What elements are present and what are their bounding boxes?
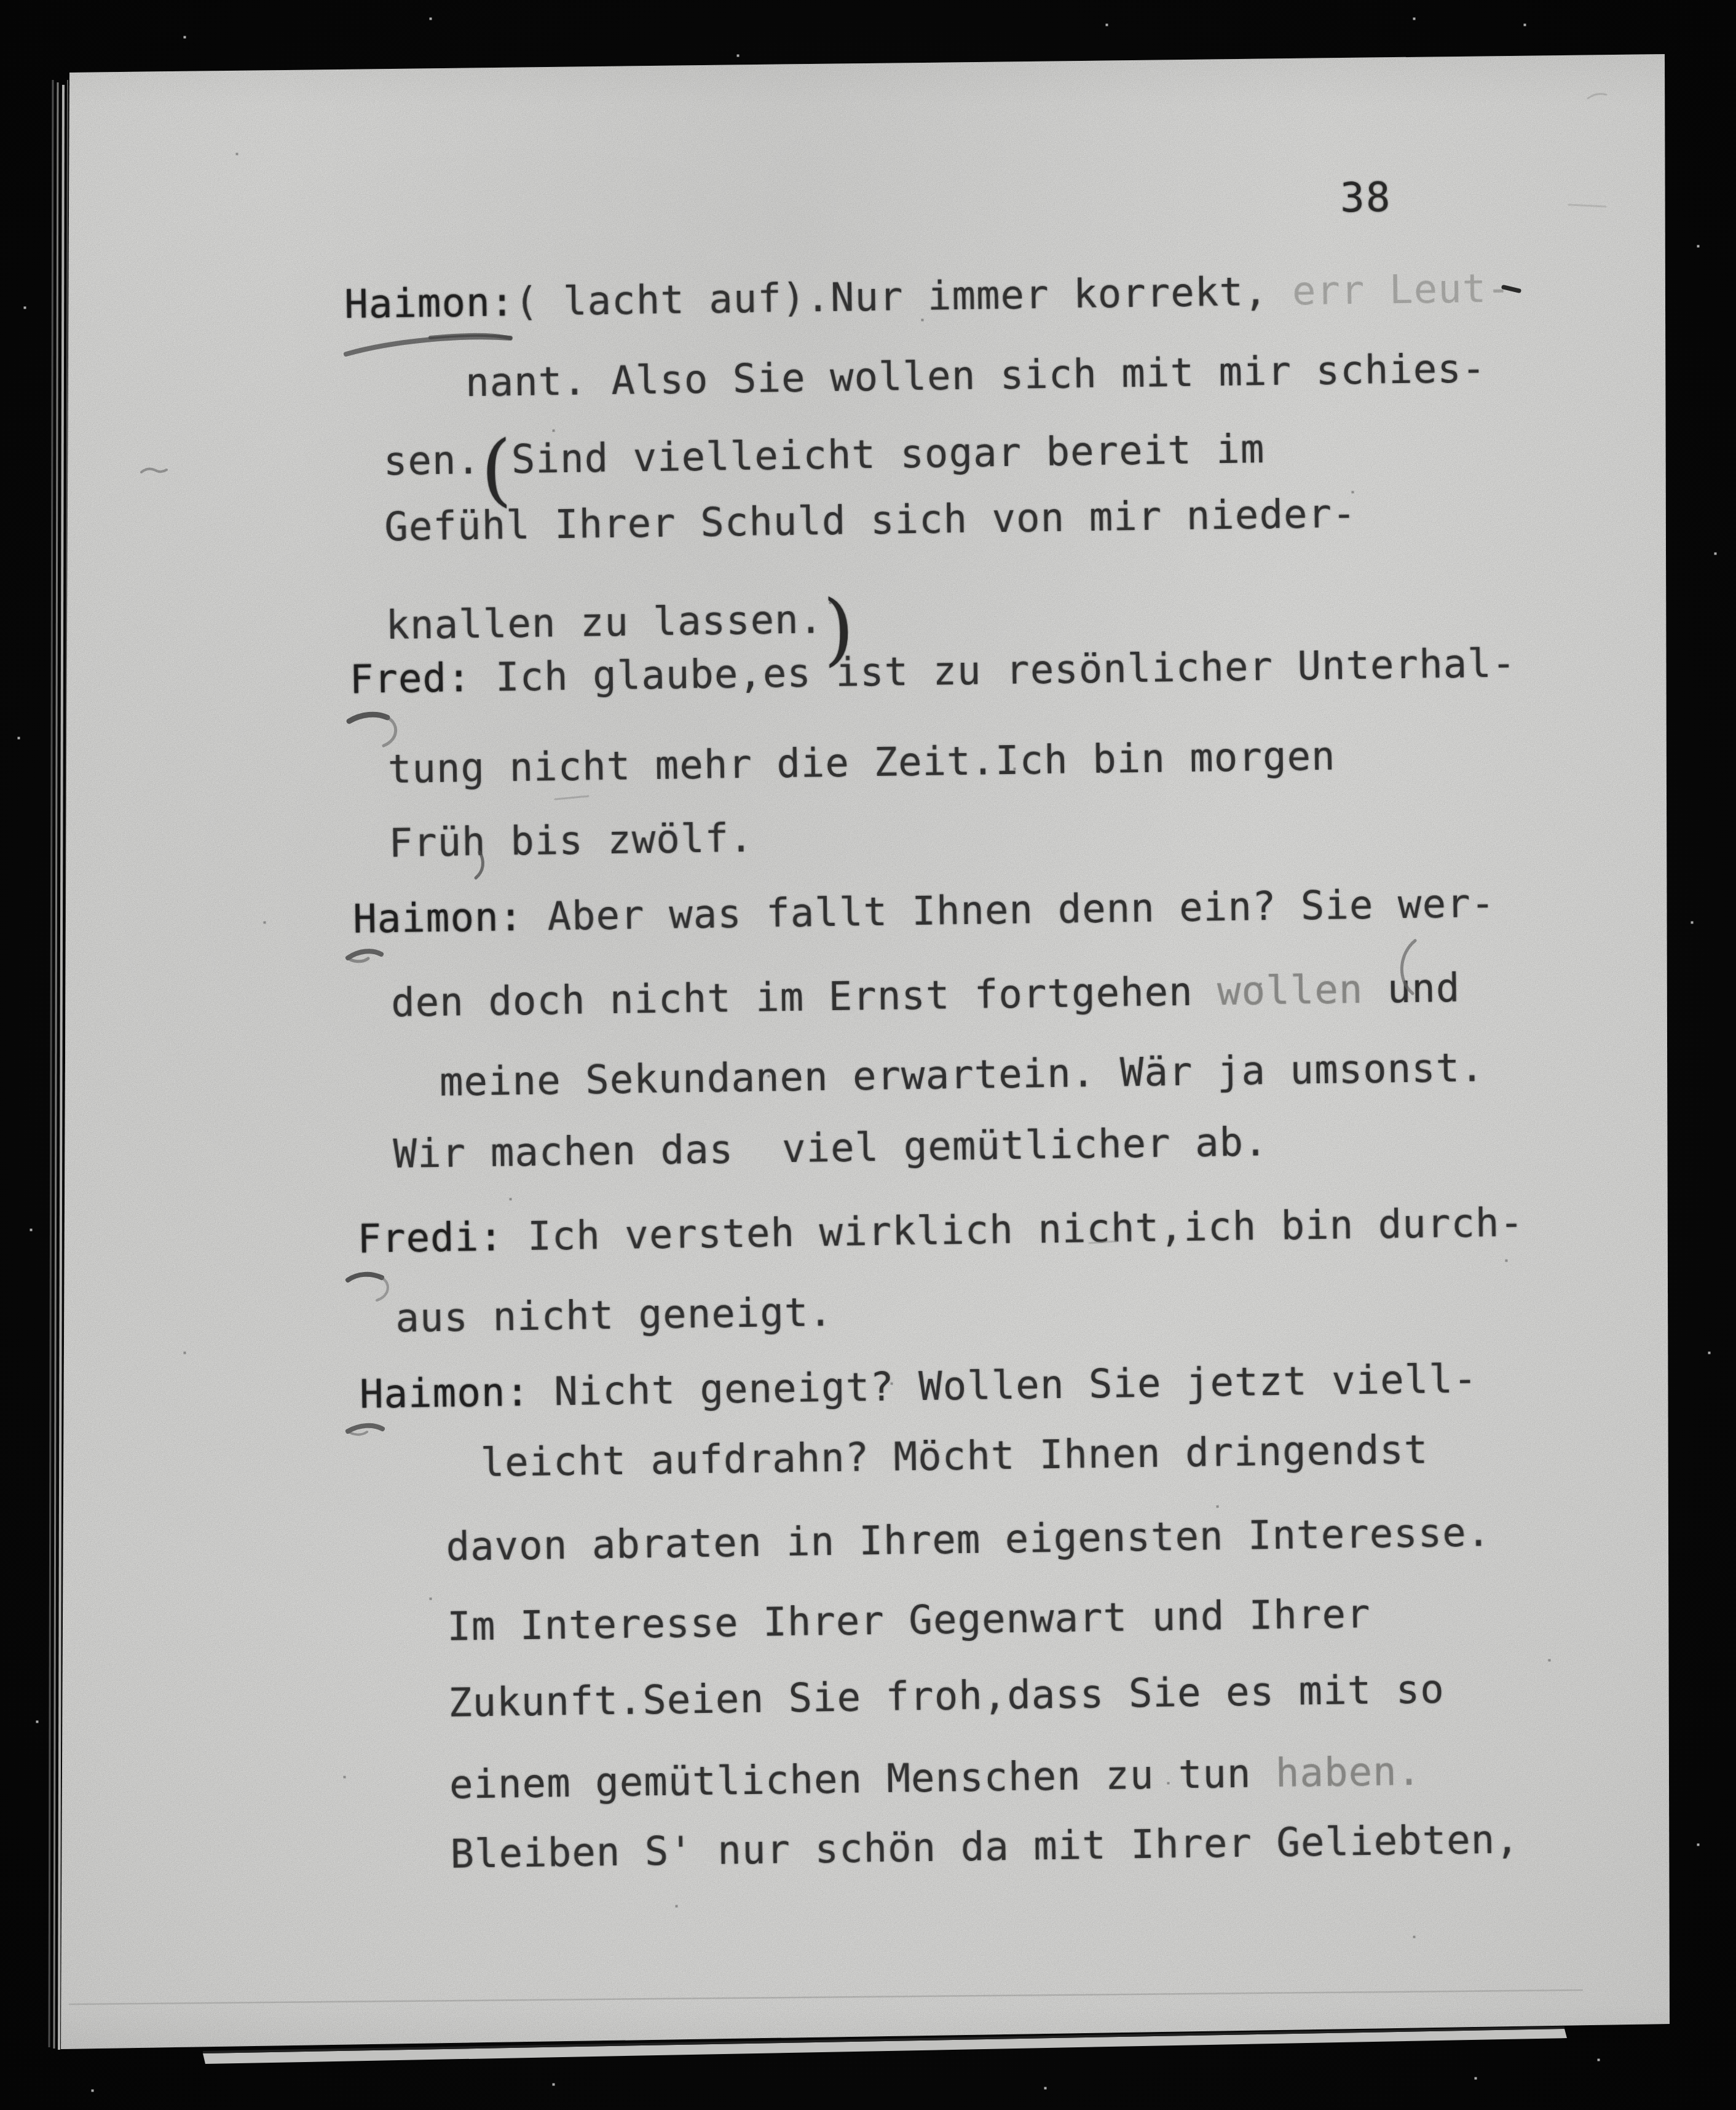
- script-line: Fredi: Ich versteh wirklich nicht,ich bi…: [357, 1203, 1524, 1258]
- text-segment: Früh bis zwölf.: [389, 816, 754, 866]
- script-line: Gefühl Ihrer Schuld sich von mir nieder-: [384, 494, 1357, 547]
- script-line: leicht aufdrahn? Möcht Ihnen dringendst: [480, 1431, 1428, 1484]
- text-segment: (: [480, 424, 512, 516]
- script-line: aus nicht geneigt.: [395, 1293, 833, 1338]
- text-segment: Aber was fallt Ihnen denn ein? Sie wer-: [523, 881, 1496, 940]
- text-segment: Fred:: [349, 655, 471, 703]
- text-segment: haben.: [1275, 1749, 1421, 1796]
- text-segment: und: [1363, 966, 1461, 1013]
- text-segment: Sind vielleicht sogar bereit im: [511, 427, 1265, 483]
- text-segment: einem gemütlichen Menschen zu tun: [449, 1751, 1276, 1808]
- script-line: Bleiben S' nur schön da mit Ihrer Gelieb…: [450, 1820, 1520, 1875]
- text-segment: Ich versteh wirklich nicht,ich bin durch…: [503, 1200, 1524, 1260]
- script-line: tung nicht mehr die Zeit.Ich bin morgen: [387, 737, 1335, 790]
- script-line: Haimon: Aber was fallt Ihnen denn ein? S…: [353, 884, 1496, 939]
- text-segment: Nicht geneigt? Wollen Sie jetzt viell-: [529, 1356, 1478, 1415]
- text-segment: Zukunft.Seien Sie froh,dass Sie es mit s…: [448, 1667, 1445, 1726]
- text-segment: ( lacht auf).Nur immer korrekt,: [515, 269, 1293, 325]
- text-segment: Haimon:: [353, 895, 524, 942]
- text-segment: den doch nicht im Ernst fortgehen: [391, 969, 1218, 1026]
- dust-specks-white: [0, 0, 1, 1]
- text-segment: Fredi:: [357, 1215, 503, 1262]
- script-line: Im Interesse Ihrer Gegenwart und Ihrer: [447, 1595, 1371, 1647]
- text-segment: Haimon:: [360, 1370, 531, 1418]
- text-segment: wollen: [1217, 967, 1363, 1014]
- script-line: davon abraten in Ihrem eigensten Interes…: [446, 1513, 1491, 1567]
- text-segment: tung nicht mehr die Zeit.Ich bin morgen: [387, 734, 1336, 793]
- script-line: nant. Also Sie wollen sich mit mir schie…: [465, 349, 1486, 403]
- script-line: Wir machen das viel gemütlicher ab.: [393, 1123, 1268, 1174]
- text-segment: Bleiben S' nur schön da mit Ihrer Gelieb…: [450, 1817, 1520, 1878]
- text-segment: Haimon:: [344, 280, 515, 328]
- script-line: Haimon: Nicht geneigt? Wollen Sie jetzt …: [360, 1359, 1478, 1414]
- text-segment: meine Sekundanen erwartein. Wär ja umson…: [440, 1045, 1485, 1105]
- text-segment: knallen zu lassen.: [385, 597, 824, 649]
- script-line: Haimon:( lacht auf).Nur immer korrekt, e…: [344, 269, 1511, 325]
- text-layer: 38 Haimon:( lacht auf).Nur immer korrekt…: [0, 0, 1736, 2110]
- text-segment: davon abraten in Ihrem eigensten Interes…: [446, 1510, 1491, 1570]
- text-segment: Wir machen das viel gemütlicher ab.: [393, 1120, 1268, 1177]
- photo-frame: 38 Haimon:( lacht auf).Nur immer korrekt…: [0, 0, 1736, 2110]
- text-segment: aus nicht geneigt.: [395, 1290, 834, 1341]
- text-segment: leicht aufdrahn? Möcht Ihnen dringendst: [480, 1428, 1429, 1487]
- text-segment: nant. Also Sie wollen sich mit mir schie…: [465, 346, 1486, 406]
- script-line: einem gemütlichen Menschen zu tun haben.: [449, 1752, 1422, 1805]
- script-line: Zukunft.Seien Sie froh,dass Sie es mit s…: [448, 1670, 1445, 1723]
- text-segment: sen.: [383, 438, 481, 484]
- script-line: Früh bis zwölf.: [389, 819, 754, 863]
- script-line: meine Sekundanen erwartein. Wär ja umson…: [440, 1048, 1485, 1102]
- script-line: den doch nicht im Ernst fortgehen wollen…: [391, 969, 1461, 1023]
- text-segment: Im Interesse Ihrer Gegenwart und Ihrer: [447, 1592, 1371, 1650]
- text-segment: err Leut-: [1292, 266, 1511, 315]
- page-number: 38: [1340, 173, 1392, 221]
